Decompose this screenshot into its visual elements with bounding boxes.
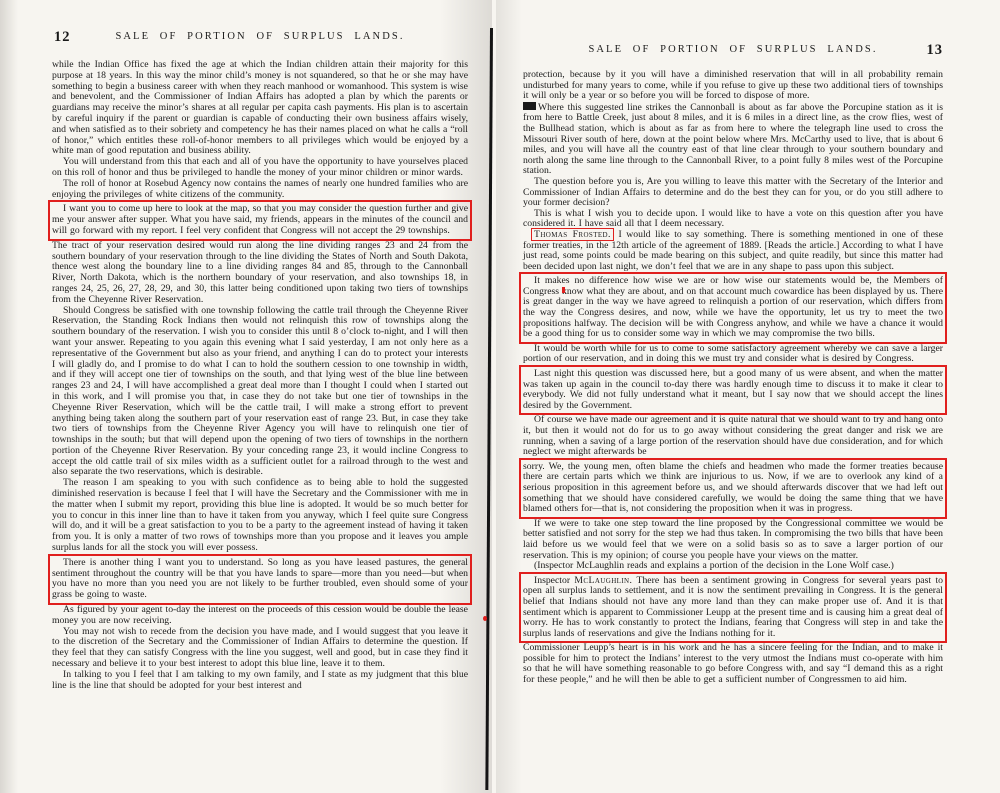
text-run: protection, because by it you will have … [523,69,943,101]
page-number: 12 [54,29,71,46]
text-run: There is another thing I want you to und… [52,557,468,600]
running-header: 12 SALE OF PORTION OF SURPLUS LANDS. [52,31,468,47]
paragraph: The reason I am speaking to you with suc… [52,478,468,554]
paragraph: This is what I wish you to decide upon. … [523,209,943,230]
text-run: The roll of honor at Rosebud Agency now … [52,178,468,200]
red-annotation-box: sorry. We, the young men, often blame th… [523,462,943,515]
red-pen-tick-artifact [562,287,565,293]
text-run: Commissioner Leupp’s heart is in his wor… [523,642,943,685]
text-run: Should Congress be satisfied with one to… [52,305,468,478]
running-title: SALE OF PORTION OF SURPLUS LANDS. [523,44,943,55]
paragraph: The roll of honor at Rosebud Agency now … [52,179,468,201]
page-12-text: while the Indian Office has fixed the ag… [52,60,468,691]
red-annotation-box: Inspector McLaughlin. There has been a s… [523,576,943,640]
text-run: Of course we have made our agreement and… [523,414,943,457]
text-run: The reason I am speaking to you with suc… [52,477,468,553]
paragraph: In talking to you I feel that I am talki… [52,670,468,692]
paragraph: Where this suggested line strikes the Ca… [523,102,943,177]
speaker-name: McLaughlin. [574,575,632,586]
text-run: sorry. We, the young men, often blame th… [523,461,943,514]
text-run: As figured by your agent to-day the inte… [52,604,468,626]
text-run: It makes no difference how wise we are o… [523,275,943,339]
red-pen-dot-artifact [483,616,487,621]
paragraph: Should Congress be satisfied with one to… [52,306,468,479]
paragraph: while the Indian Office has fixed the ag… [52,60,468,157]
red-annotation-box: There is another thing I want you to und… [52,558,468,601]
ink-blot-mark [523,102,536,110]
page-12: 12 SALE OF PORTION OF SURPLUS LANDS. whi… [0,0,490,793]
paragraph: Commissioner Leupp’s heart is in his wor… [523,643,943,685]
red-annotation-box: Last night this question was discussed h… [523,369,943,411]
paragraph: Of course we have made our agreement and… [523,415,943,457]
paragraph: Thomas Frosted. I would like to say some… [523,230,943,272]
text-run: It would be worth while for us to come t… [523,343,943,365]
scanned-book-spread: { "annotations": { "box_color": "#e0201e… [0,0,1000,793]
text-run: Inspector [534,575,574,586]
text-run: This is what I wish you to decide upon. … [523,208,943,230]
text-run: You may not wish to recede from the deci… [52,626,468,669]
text-run: while the Indian Office has fixed the ag… [52,59,468,156]
paragraph: It would be worth while for us to come t… [523,344,943,365]
text-run: (Inspector McLaughlin reads and explains… [534,560,894,571]
red-annotation-box: It makes no difference how wise we are o… [523,276,943,340]
running-header: SALE OF PORTION OF SURPLUS LANDS. 13 [523,44,943,60]
red-annotation-box: I want you to come up here to look at th… [52,204,468,236]
paragraph: The tract of your reservation desired wo… [52,241,468,306]
text-run: I want you to come up here to look at th… [52,203,468,236]
text-run: The question before you is, Are you will… [523,176,943,208]
text-run: The tract of your reservation desired wo… [52,240,468,305]
paragraph: (Inspector McLaughlin reads and explains… [523,561,943,572]
paragraph: You may not wish to recede from the deci… [52,627,468,670]
paragraph: protection, because by it you will have … [523,70,943,102]
page-number: 13 [927,42,944,59]
paragraph: If we were to take one step toward the l… [523,519,943,561]
paragraph: As figured by your agent to-day the inte… [52,605,468,627]
paragraph: The question before you is, Are you will… [523,177,943,209]
paragraph: You will understand from this that each … [52,157,468,179]
page-13: SALE OF PORTION OF SURPLUS LANDS. 13 pro… [500,0,1000,793]
text-run: If we were to take one step toward the l… [523,518,943,561]
text-run: You will understand from this that each … [52,156,468,178]
text-run: In talking to you I feel that I am talki… [52,669,468,691]
running-title: SALE OF PORTION OF SURPLUS LANDS. [52,31,468,42]
text-run: Last night this question was discussed h… [523,368,943,411]
page-13-text: protection, because by it you will have … [523,70,943,686]
text-run: Where this suggested line strikes the Ca… [523,102,943,177]
